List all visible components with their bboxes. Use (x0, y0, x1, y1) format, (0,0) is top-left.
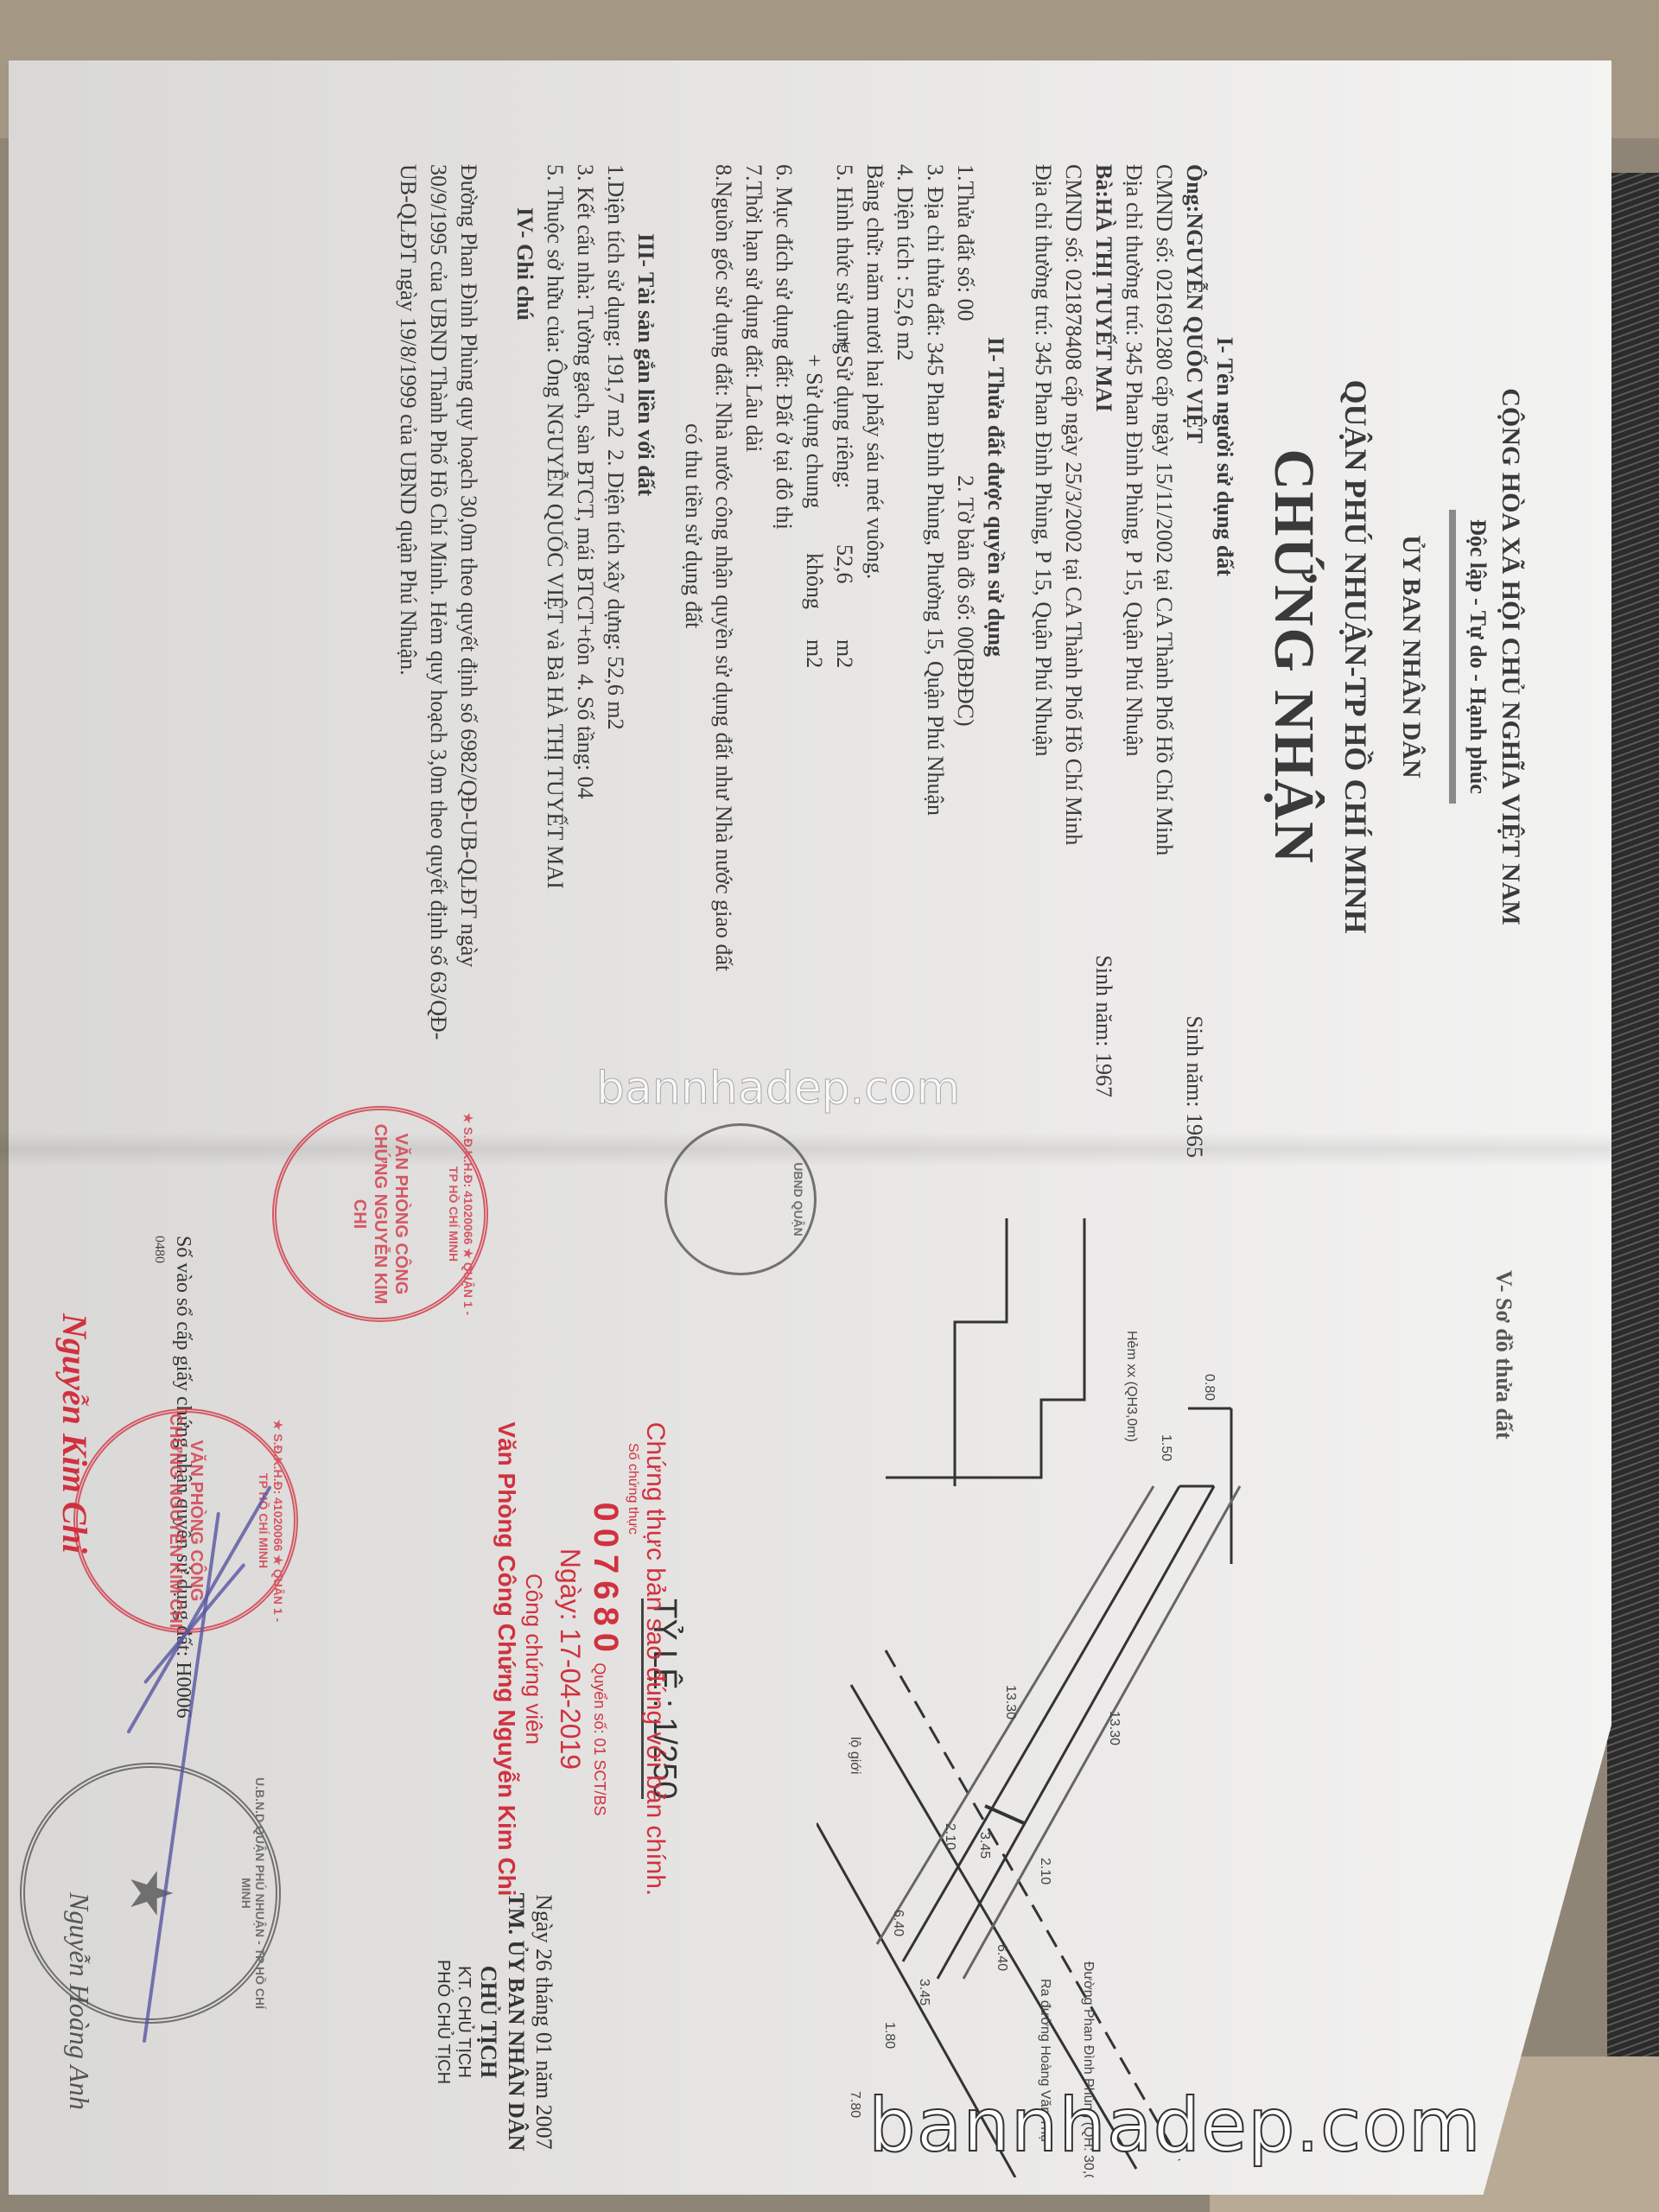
owner-1-address: Địa chỉ thường trú: 345 Phan Đình Phùng,… (1119, 164, 1149, 1158)
certificate-body: I- Tên người sử dụng đất Ông:NGUYỄN QUỐC… (393, 164, 1240, 1158)
owner-2-id: CMND số: 021878408 cấp ngày 25/3/2002 tạ… (1058, 164, 1089, 1158)
dim-label: 0.80 (1202, 1374, 1217, 1401)
certificate-right-page: V- Sơ đồ thửa đất (9, 1201, 1611, 2177)
notary-seal-stamp-2: ★ S.Đ.K.H.Đ: 41020066 ★ QUẬN 1 - TP HỒ C… (73, 1408, 298, 1633)
parcel-area: 4. Diện tích : 52,6 m2 (890, 164, 920, 1158)
structure-row: 3. Kết cấu nhà: Tường gạch, sàn BTCT, má… (570, 164, 601, 1158)
note-line-2: 30/9/1995 của UBND Thành Phố Hồ Chí Minh… (423, 164, 454, 1158)
land-purpose: 6. Mục đích sử dụng đất: Đất ở tại đô th… (769, 164, 799, 1158)
land-origin-cont: có thu tiền sử dụng đất (678, 164, 709, 1158)
registry-sub: 0480 (151, 1236, 167, 1263)
shared-use-unit: m2 (799, 639, 829, 668)
motto: Độc lập - Tự do - Hạnh phúc (1465, 138, 1491, 1175)
committee-header: ỦY BAN NHÂN DÂN (1396, 138, 1426, 1175)
parcel-address: 3. Địa chỉ thửa đất: 345 Phan Đình Phùng… (920, 164, 950, 1158)
owner-2-row: Bà:HÀ THỊ TUYẾT MAI Sinh năm: 1967 (1089, 164, 1119, 1158)
notary-signature: Nguyễn Kim Chi (54, 1313, 95, 1554)
owner-2-birth-label: Sinh năm: (1089, 955, 1119, 1046)
notary-role: Công chứng viên (520, 1391, 547, 1927)
issuer-signature-block: Ngày 26 tháng 01 năm 2007 TM. ỦY BAN NHÂ… (433, 1875, 557, 2169)
issue-date: Ngày 26 tháng 01 năm 2007 (530, 1875, 557, 2169)
notary-number-line: 007680 Quyển số: 01 SCT/BS (586, 1391, 625, 1927)
use-form-label: 5. Hình thức sử dụng (829, 164, 860, 337)
notary-seal-stamp: ★ S.Đ.K.H.Đ: 41020066 ★ QUẬN 1 - TP HỒ C… (272, 1106, 488, 1322)
section-2-heading: II- Thửa đất được quyền sử dụng (981, 164, 1011, 1158)
dim-label: 7.80 (848, 2091, 862, 2118)
owner-2-address: Địa chỉ thường trú: 345 Phan Đình Phùng,… (1028, 164, 1058, 1158)
parcel-number: 1.Thửa đất số: 00 (950, 164, 981, 475)
small-district-stamp: UBND QUẬN (664, 1123, 817, 1275)
notary-seal-center: VĂN PHÒNG CÔNG CHỨNG NGUYỄN KIM CHI (349, 1110, 411, 1318)
issuer-sub-role-2: PHÓ CHỦ TỊCH (433, 1875, 454, 2169)
plot-map-heading: V- Sơ đồ thửa đất (1491, 1270, 1516, 1440)
committee-seal-ring: U.B.N.D QUẬN PHÚ NHUẬN - TP HỒ CHÍ MINH (239, 1768, 267, 2018)
owner-1-birth-year: 1965 (1179, 1113, 1210, 1158)
small-stamp-text: UBND QUẬN (791, 1126, 805, 1273)
header-divider (1449, 510, 1456, 804)
dim-label: 2.10 (1038, 1858, 1052, 1885)
floor-count: 4. Số tầng: 04 (570, 674, 601, 798)
floor-area: 1.Diện tích sử dụng: 191,7 m2 (601, 164, 631, 449)
dim-label: 1.50 (1159, 1434, 1173, 1461)
parcel-row: 1.Thửa đất số: 00 2. Tờ bản đồ số: 00(BĐ… (950, 164, 981, 1158)
boundary-label: lộ giới (848, 1737, 862, 1774)
private-use-value: 52,6 (829, 544, 860, 639)
dim-label: 13.30 (1107, 1711, 1122, 1745)
shared-use-row: + Sử dụng chung không m2 (799, 164, 829, 1158)
notary-seal-ring: ★ S.Đ.K.H.Đ: 41020066 ★ QUẬN 1 - TP HỒ C… (447, 1110, 475, 1318)
map-sheet: 2. Tờ bản đồ số: 00(BĐĐC) (950, 475, 981, 727)
dim-label: 13.30 (1003, 1685, 1018, 1719)
notary-book: Quyển số: 01 SCT/BS (591, 1662, 608, 1815)
watermark-bottom: bannhadep.com (868, 2082, 1482, 2169)
notary-office: Văn Phòng Công Chứng Nguyễn Kim Chi (493, 1391, 520, 1927)
watermark-center: bannhadep.com (596, 1063, 960, 1115)
dim-label: 3.45 (917, 1979, 931, 2005)
star-icon: ★ (140, 1870, 161, 1916)
section-1-heading: I- Tên người sử dụng đất (1210, 164, 1240, 1158)
private-use-row: 5. Hình thức sử dụng + Sử dụng riêng: 52… (829, 164, 860, 1158)
dim-label: 3.45 (977, 1832, 992, 1859)
dim-label: 1.80 (882, 2022, 897, 2049)
owner-2-name: Bà:HÀ THỊ TUYẾT MAI (1089, 164, 1119, 955)
private-use-unit: m2 (829, 639, 860, 668)
issuer-signature: Nguyễn Hoàng Anh (63, 1892, 95, 2110)
notary-seal-center: VĂN PHÒNG CÔNG CHỨNG NGUYỄN KIM CHI (165, 1413, 207, 1629)
notary-number: 007680 (587, 1502, 625, 1658)
shared-use-value: không (799, 553, 829, 639)
private-use-label: + Sử dụng riêng: (829, 337, 860, 544)
certificate-left-page: CỘNG HÒA XÃ HỘI CHỦ NGHĨA VIỆT NAM Độc l… (9, 138, 1611, 1175)
build-area: 2. Diện tích xây dựng: 52,6 m2 (601, 449, 631, 730)
note-line-3: UB-QLĐT ngày 19/8/1999 của UBND quận Phú… (393, 164, 423, 1158)
district-header: QUẬN PHÚ NHUẬN-TP HỒ CHÍ MINH (1338, 138, 1374, 1175)
page-title: CHỨNG NHẬN (1261, 138, 1326, 1175)
notary-line: Chứng thực bản sao đúng với bản chính. (640, 1391, 670, 1927)
dim-label: 6.40 (891, 1910, 906, 1936)
house-structure: 3. Kết cấu nhà: Tường gạch, sàn BTCT, má… (570, 164, 601, 674)
notary-certification: Chứng thực bản sao đúng với bản chính. S… (493, 1391, 670, 1927)
background-fabric (1607, 173, 1659, 2212)
issuer-role: CHỦ TỊCH (474, 1875, 502, 2169)
notary-number-label: Số chứng thực (626, 1443, 640, 1535)
house-owner: 5. Thuộc sở hữu của: Ông NGUYỄN QUỐC VIỆ… (540, 164, 570, 1158)
area-row: 1.Diện tích sử dụng: 191,7 m2 2. Diện tí… (601, 164, 631, 1158)
owner-1-birth-label: Sinh năm: (1179, 1015, 1210, 1107)
owner-2-birth-year: 1967 (1089, 1052, 1119, 1097)
issuer-org: TM. ỦY BAN NHÂN DÂN (502, 1875, 530, 2169)
owner-1-name: Ông:NGUYỄN QUỐC VIỆT (1179, 164, 1210, 1015)
owner-1-row: Ông:NGUYỄN QUỐC VIỆT Sinh năm: 1965 (1179, 164, 1210, 1158)
plot-diagram: 0.80 1.50 13.30 13.30 2.10 2.10 6.40 6.4… (817, 1201, 1491, 2177)
land-origin: 8.Nguồn gốc sử dụng đất: Nhà nước công n… (709, 164, 739, 1158)
notary-date: Ngày: 17-04-2019 (554, 1391, 586, 1927)
notary-number-row: Số chứng thực (625, 1391, 640, 1927)
dim-label: 6.40 (995, 1944, 1009, 1971)
land-use-certificate: CỘNG HÒA XÃ HỘI CHỦ NGHĨA VIỆT NAM Độc l… (9, 60, 1611, 2195)
alley-label: Hẻm xx (QH3,0m) (1124, 1331, 1139, 1442)
section-4-heading: IV- Ghi chú (510, 164, 540, 1158)
shared-use-label: + Sử dụng chung (799, 354, 829, 553)
note-line-1: Đường Phan Đình Phùng quy hoạch 30,0m th… (454, 164, 484, 1158)
notary-seal-ring: ★ S.Đ.K.H.Đ: 41020066 ★ QUẬN 1 - TP HỒ C… (257, 1413, 285, 1629)
issuer-sub-role-1: KT. CHỦ TỊCH (454, 1875, 474, 2169)
dim-label: 2.10 (943, 1823, 957, 1850)
land-term: 7.Thời hạn sử dụng đất: Lâu dài (739, 164, 769, 1158)
parcel-area-words: Bằng chữ: năm mươi hai phẩy sáu mét vuôn… (860, 164, 890, 1158)
republic-header: CỘNG HÒA XÃ HỘI CHỦ NGHĨA VIỆT NAM (1496, 138, 1525, 1175)
section-3-heading: III- Tài sản gắn liền với đất (631, 164, 661, 1158)
owner-1-id: CMND số: 021691280 cấp ngày 15/11/2002 t… (1149, 164, 1179, 1158)
